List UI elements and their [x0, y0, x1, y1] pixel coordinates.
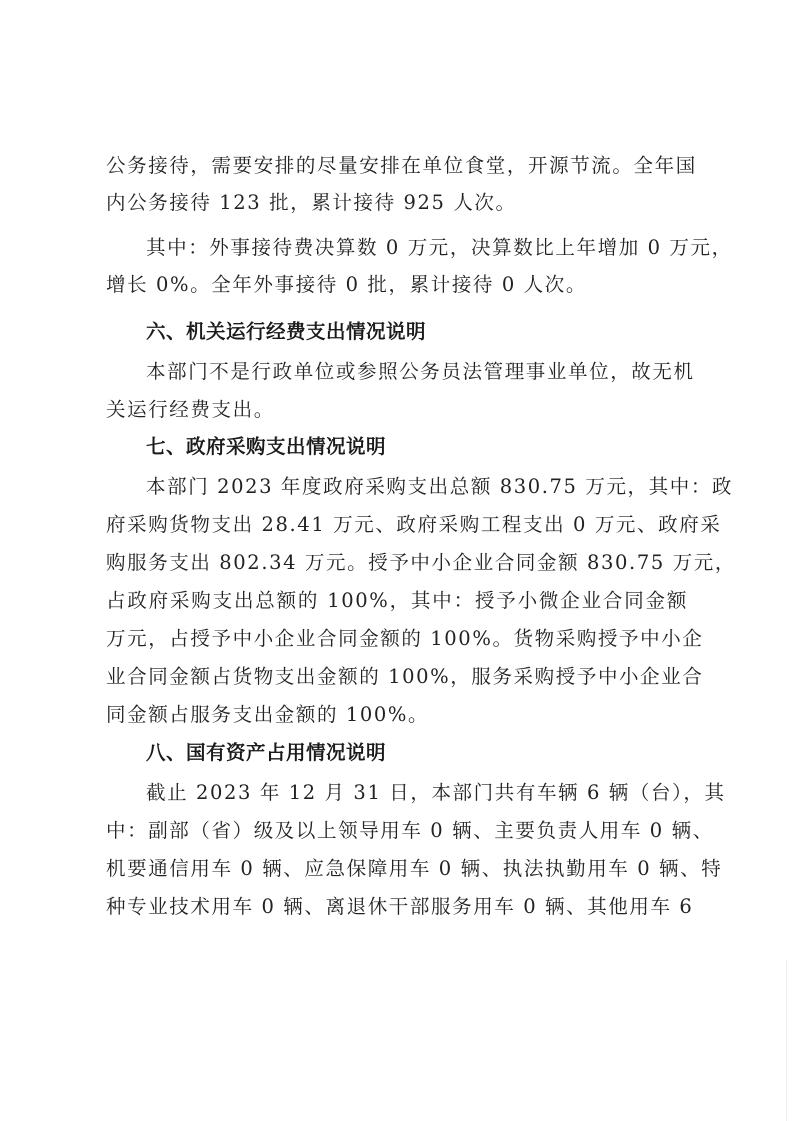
body-line: 府采购货物支出 28.41 万元、政府采购工程支出 0 万元、政府采: [106, 510, 688, 540]
body-line: 购服务支出 802.34 万元。授予中小企业合同金额 830.75 万元，: [106, 548, 688, 578]
body-line: 同金额占服务支出金额的 100%。: [106, 700, 688, 730]
body-line: 截止 2023 年 12 月 31 日，本部门共有车辆 6 辆（台），其: [146, 778, 688, 808]
body-line: 关运行经费支出。: [106, 395, 688, 425]
section-heading-8: 八、国有资产占用情况说明: [146, 738, 386, 768]
body-line: 其中：外事接待费决算数 0 万元，决算数比上年增加 0 万元，: [146, 233, 688, 263]
body-line: 公务接待，需要安排的尽量安排在单位食堂，开源节流。全年国: [106, 151, 688, 181]
section-heading-6: 六、机关运行经费支出情况说明: [146, 317, 426, 347]
section-heading-7: 七、政府采购支出情况说明: [146, 432, 386, 462]
body-line: 机要通信用车 0 辆、应急保障用车 0 辆、执法执勤用车 0 辆、特: [106, 854, 688, 884]
body-line: 中：副部（省）级及以上领导用车 0 辆、主要负责人用车 0 辆、: [106, 816, 688, 846]
body-line: 种专业技术用车 0 辆、离退休干部服务用车 0 辆、其他用车 6: [106, 892, 688, 922]
body-line: 增长 0%。全年外事接待 0 批，累计接待 0 人次。: [106, 270, 688, 300]
body-line: 业合同金额占货物支出金额的 100%，服务采购授予中小企业合: [106, 662, 688, 692]
body-line: 内公务接待 123 批，累计接待 925 人次。: [106, 188, 688, 218]
body-line: 万元，占授予中小企业合同金额的 100%。货物采购授予中小企: [106, 624, 688, 654]
body-line: 本部门 2023 年度政府采购支出总额 830.75 万元，其中：政: [146, 472, 688, 502]
scan-edge-artifact: [786, 960, 787, 1121]
body-line: 占政府采购支出总额的 100%，其中：授予小微企业合同金额: [106, 586, 688, 616]
body-line: 本部门不是行政单位或参照公务员法管理事业单位，故无机: [146, 357, 688, 387]
document-page: 公务接待，需要安排的尽量安排在单位食堂，开源节流。全年国 内公务接待 123 批…: [0, 0, 793, 1121]
